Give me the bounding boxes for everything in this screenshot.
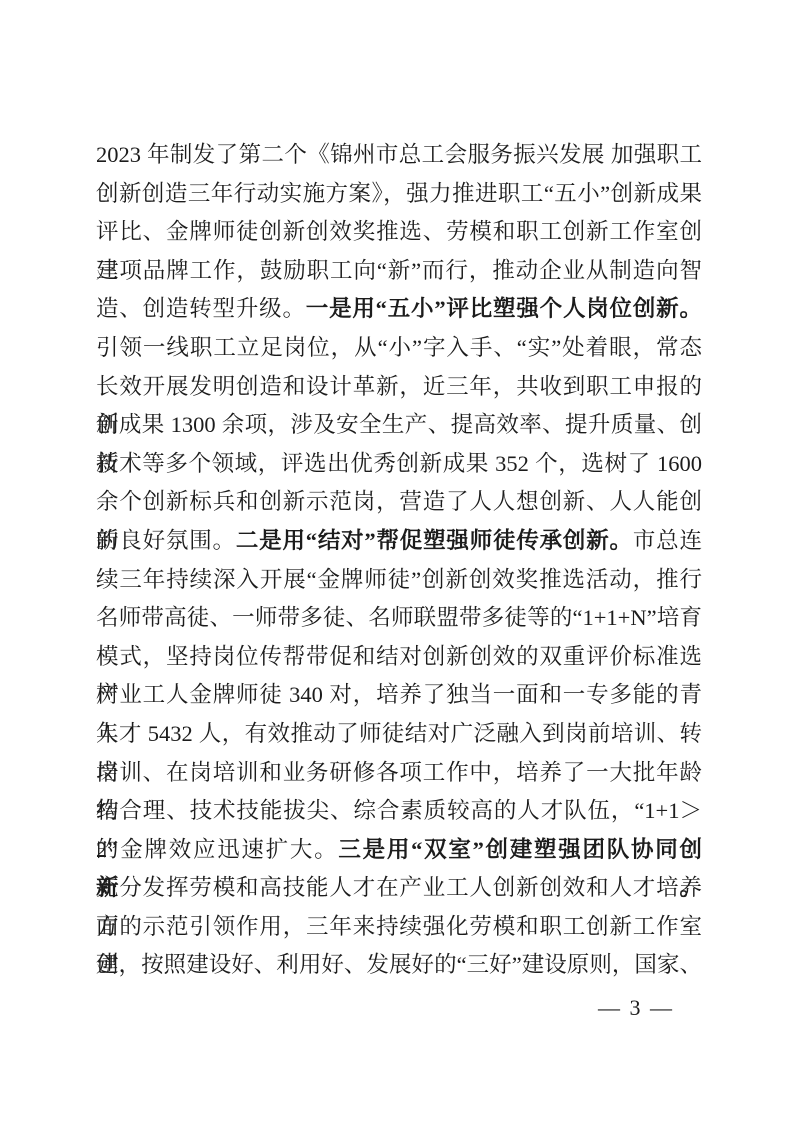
body-text: 的金牌效应迅速扩大。 (96, 837, 338, 862)
body-line: 技术等多个领域，评选出优秀创新成果 352 个，选树了 1600 (96, 445, 702, 484)
body-line: 续三年持续深入开展“金牌师徒”创新创效奖推选活动，推行 (96, 561, 702, 600)
body-text: 技术等多个领域，评选出优秀创新成果 352 个，选树了 1600 (96, 451, 702, 476)
body-line: 的良好氛围。二是用“结对”帮促塑强师徒传承创新。市总连 (96, 522, 702, 561)
body-text: 名师带高徒、一师带多徒、名师联盟带多徒等的“1+1+N”培育 (96, 605, 702, 630)
body-line: 模式，坚持岗位传帮带促和结对创新创效的双重评价标准选树 (96, 638, 702, 677)
body-line: 充分发挥劳模和高技能人才在产业工人创新创效和人才培养方 (96, 869, 702, 908)
body-line: 三项品牌工作，鼓励职工向“新”而行，推动企业从制造向智 (96, 252, 702, 291)
body-line: 造、创造转型升级。一是用“五小”评比塑强个人岗位创新。 (96, 290, 702, 329)
body-text: 2023 年制发了第二个《锦州市总工会服务振兴发展 加强职工 (96, 142, 702, 167)
body-line: 新成果 1300 余项，涉及安全生产、提高效率、提升质量、创新 (96, 406, 702, 445)
body-text-emphasis: 二是用“结对”帮促塑强师徒传承创新。 (236, 528, 633, 553)
body-text: 创新创造三年行动实施方案》，强力推进职工“五小”创新成果 (96, 181, 702, 206)
body-text: 引领一线职工立足岗位，从“小”字入手、“实”处着眼，常态 (96, 335, 702, 360)
body-line: 建，按照建设好、利用好、发展好的“三好”建设原则，国家、 (96, 946, 702, 985)
body-line: 产业工人金牌师徒 340 对，培养了独当一面和一专多能的青年 (96, 676, 702, 715)
body-text: 的良好氛围。 (96, 528, 236, 553)
body-line: 评比、金牌师徒创新创效奖推选、劳模和职工创新工作室创建 (96, 213, 702, 252)
body-text: 三项品牌工作，鼓励职工向“新”而行，推动企业从制造向智 (96, 258, 702, 283)
body-line: 长效开展发明创造和设计革新，近三年，共收到职工申报的创 (96, 368, 702, 407)
body-text: 续三年持续深入开展“金牌师徒”创新创效奖推选活动，推行 (96, 567, 702, 592)
body-text: 市总连 (633, 528, 702, 553)
body-line: 培训、在岗培训和业务研修各项工作中，培养了一大批年龄结 (96, 754, 702, 793)
body-line: 构合理、技术技能拔尖、综合素质较高的人才队伍，“1+1＞2” (96, 792, 702, 831)
body-line: 的金牌效应迅速扩大。三是用“双室”创建塑强团队协同创新。 (96, 831, 702, 870)
body-line: 面的示范引领作用，三年来持续强化劳模和职工创新工作室创 (96, 908, 702, 947)
body-text-emphasis: 一是用“五小”评比塑强个人岗位创新。 (306, 296, 702, 321)
page-number: — 3 — (598, 995, 674, 1021)
body-line: 人才 5432 人，有效推动了师徒结对广泛融入到岗前培训、转岗 (96, 715, 702, 754)
body-line: 余个创新标兵和创新示范岗，营造了人人想创新、人人能创新 (96, 483, 702, 522)
document-body: 2023 年制发了第二个《锦州市总工会服务振兴发展 加强职工创新创造三年行动实施… (96, 136, 702, 985)
body-text: 建，按照建设好、利用好、发展好的“三好”建设原则，国家、 (96, 952, 702, 977)
body-text: 造、创造转型升级。 (96, 296, 306, 321)
body-line: 创新创造三年行动实施方案》，强力推进职工“五小”创新成果 (96, 175, 702, 214)
body-line: 名师带高徒、一师带多徒、名师联盟带多徒等的“1+1+N”培育 (96, 599, 702, 638)
document-page: 2023 年制发了第二个《锦州市总工会服务振兴发展 加强职工创新创造三年行动实施… (0, 0, 794, 1123)
body-line: 引领一线职工立足岗位，从“小”字入手、“实”处着眼，常态 (96, 329, 702, 368)
body-line: 2023 年制发了第二个《锦州市总工会服务振兴发展 加强职工 (96, 136, 702, 175)
